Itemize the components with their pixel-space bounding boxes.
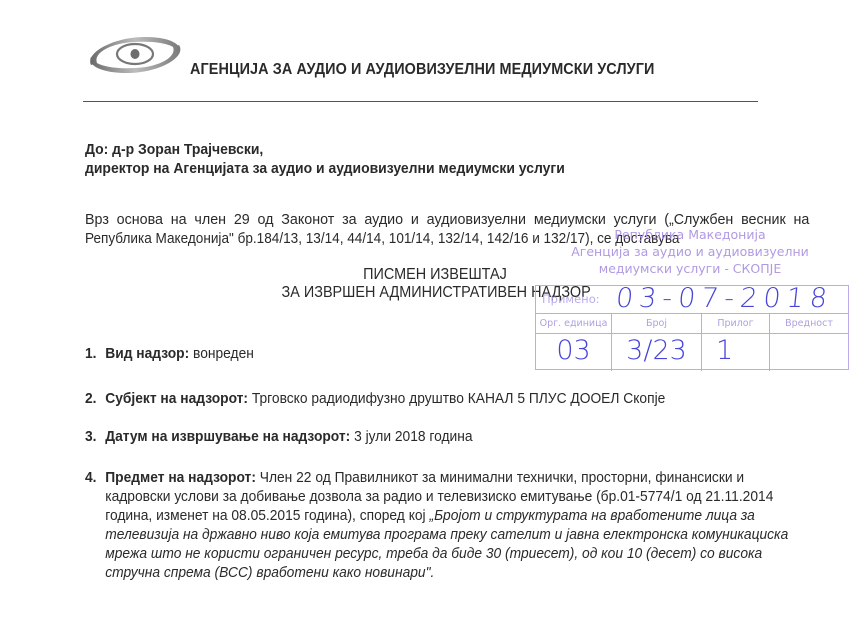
item-label: Датум на извршување на надзорот: — [105, 428, 350, 445]
item-value: Трговско радиодифузно друштво КАНАЛ 5 ПЛ… — [248, 390, 665, 407]
addressee-title: директор на Агенцијата за аудио и аудиов… — [85, 159, 565, 178]
item-number: 4. — [85, 468, 105, 487]
item-quote-line-5: мрежа што не користи ограничен ресурс, т… — [105, 544, 788, 563]
stamp-col-org-unit: Орг. единица — [536, 314, 612, 333]
item-value: 3 јули 2018 година — [350, 428, 472, 445]
addressee-name: До: д-р Зоран Трајчевски, — [85, 140, 565, 159]
stamp-value-row: 03 3/23 1 — [536, 334, 848, 371]
received-stamp: Примено: 03-07-2018 Орг. единица Број Пр… — [535, 285, 849, 370]
stamp-agency: Агенција за аудио и аудиовизуелни — [560, 243, 820, 260]
stamp-col-attachment: Прилог — [702, 314, 770, 333]
title-line-1: ПИСМЕН ИЗВЕШТАЈ — [282, 266, 589, 284]
stamp-attachment-value: 1 — [702, 334, 770, 371]
header-divider — [83, 101, 758, 102]
item-value: вонреден — [189, 345, 254, 362]
item-quote-start: „Бројот и структурата на вработените лиц… — [429, 507, 754, 524]
item-quote-line-4: телевизија на државно ниво која емитува … — [105, 525, 788, 544]
stamp-header-row: Орг. единица Број Прилог Вредност — [536, 314, 848, 334]
item-value-line-3: година, изменет на 08.05.2015 година), с… — [105, 507, 429, 524]
item-number: 1. — [85, 344, 105, 363]
stamp-org-unit-value: 03 — [536, 334, 612, 371]
list-item-subject-matter: 4.Предмет на надзорот: Член 22 од Правил… — [85, 468, 801, 487]
item-value-line-2: кадровски услови за добивање дозвола за … — [105, 487, 788, 506]
stamp-value-value — [770, 334, 848, 371]
stamp-received-row: Примено: 03-07-2018 — [536, 286, 848, 314]
addressee: До: д-р Зоран Трајчевски, директор на Аг… — [85, 140, 565, 178]
stamp-number-value: 3/23 — [612, 334, 702, 371]
stamp-col-number: Број — [612, 314, 702, 333]
item-number: 2. — [85, 389, 105, 408]
stamp-received-label: Примено: — [542, 292, 600, 306]
stamp-received-date: 03-07-2018 — [614, 283, 834, 314]
list-item-date: 3.Датум на извршување на надзорот: 3 јул… — [85, 427, 506, 446]
item-quote-line-6: стручна спрема (ВСС) вработени како нови… — [105, 563, 788, 582]
item-label: Вид надзор: — [105, 345, 189, 362]
item-label: Предмет на надзорот: — [105, 469, 256, 486]
agency-logo-icon — [83, 31, 187, 77]
list-item-supervision-type: 1.Вид надзор: вонреден — [85, 344, 269, 363]
item-number: 3. — [85, 427, 105, 446]
item-value-line-1: Член 22 од Правилникот за минимални техн… — [256, 469, 744, 486]
list-item-subject: 2.Субјект на надзорот: Трговско радиодиф… — [85, 389, 716, 408]
stamp-col-value: Вредност — [770, 314, 848, 333]
item-label: Субјект на надзорот: — [105, 390, 248, 407]
stamp-country: Република Македонија — [560, 226, 820, 243]
agency-name: АГЕНЦИЈА ЗА АУДИО И АУДИОВИЗУЕЛНИ МЕДИУМ… — [190, 61, 654, 79]
